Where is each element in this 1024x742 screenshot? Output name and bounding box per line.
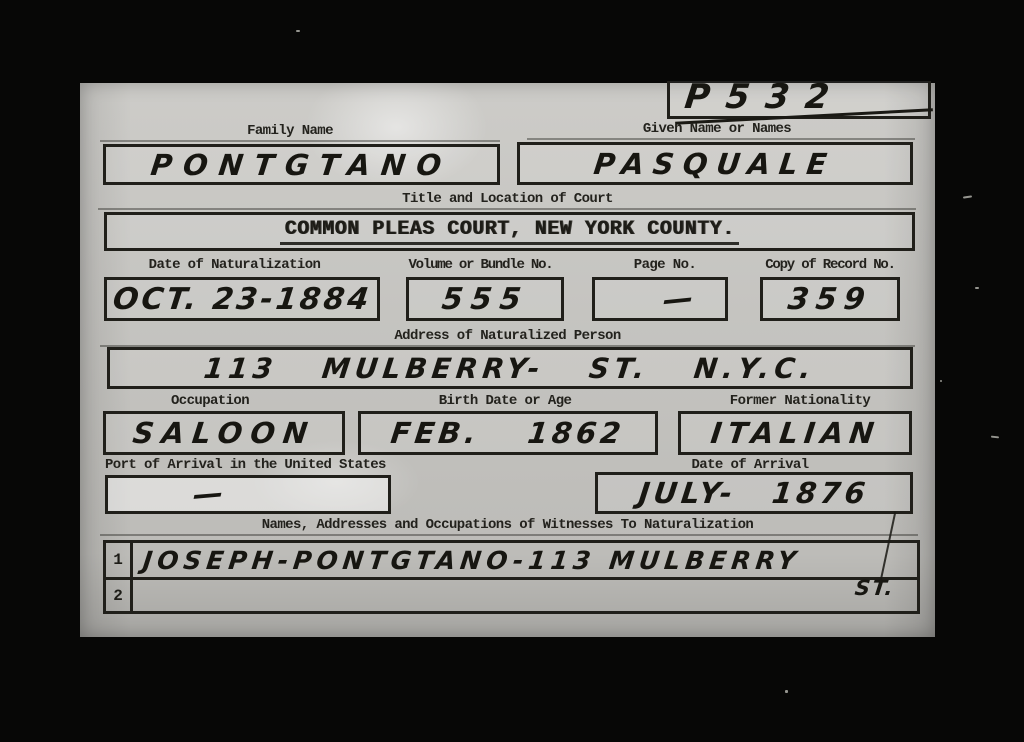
given-name-label: Given Name or Names <box>517 121 917 137</box>
former-nationality-label: Former Nationality <box>680 393 920 409</box>
volume-or-bundle-label: Volume or Bundle No. <box>388 257 573 273</box>
volume-or-bundle-value: 555 <box>440 282 531 317</box>
court-label: Title and Location of Court <box>80 191 935 207</box>
family-name-label: Family Name <box>80 123 500 139</box>
witness-row-number: 2 <box>106 580 133 611</box>
port-of-arrival-value: — <box>192 476 223 513</box>
court-value: COMMON PLEAS COURT, NEW YORK COUNTY. <box>280 218 738 245</box>
dust-speck <box>785 690 788 693</box>
date-of-naturalization-value: OCT. 23-1884 <box>111 282 374 317</box>
occupation-label: Occupation <box>110 393 310 409</box>
port-of-arrival-box: — <box>105 475 391 514</box>
witness-row: 2 <box>106 577 917 611</box>
address-box: 113 MULBERRY- ST. N.Y.C. <box>107 347 913 389</box>
port-of-arrival-label: Port of Arrival in the United States <box>105 457 525 473</box>
date-of-arrival-value: JULY- 1876 <box>637 476 871 510</box>
date-of-naturalization-label: Date of Naturalization <box>102 257 367 273</box>
birth-date-box: FEB. 1862 <box>358 411 658 455</box>
page-no-box: — <box>592 277 728 321</box>
date-of-naturalization-box: OCT. 23-1884 <box>104 277 380 321</box>
ref-number-value: P532 <box>683 77 848 117</box>
witnesses-table: 1 JOSEPH-PONTGTANO-113 MULBERRY 2 <box>103 540 920 614</box>
birth-date-value: FEB. 1862 <box>389 416 627 450</box>
scan-background: P532 Family Name Given Name or Names PON… <box>0 0 1024 742</box>
address-label: Address of Naturalized Person <box>80 328 935 344</box>
volume-or-bundle-box: 555 <box>406 277 564 321</box>
dust-speck <box>963 195 972 198</box>
occupation-box: SALOON <box>103 411 345 455</box>
witness-row-number: 1 <box>106 543 133 577</box>
label-rule <box>100 140 500 142</box>
dust-speck <box>296 30 300 32</box>
witness-row-value: JOSEPH-PONTGTANO-113 MULBERRY <box>141 546 802 575</box>
copy-of-record-box: 359 <box>760 277 900 321</box>
former-nationality-value: ITALIAN <box>709 416 882 450</box>
given-name-box: PASQUALE <box>517 142 913 185</box>
page-no-label: Page No. <box>600 257 730 273</box>
page-no-value: — <box>663 280 694 318</box>
dust-speck <box>940 380 942 382</box>
index-card: P532 Family Name Given Name or Names PON… <box>80 83 935 637</box>
witness-continuation-value: ST. <box>854 576 897 600</box>
dust-speck <box>975 287 979 289</box>
occupation-value: SALOON <box>131 416 318 450</box>
label-rule <box>100 534 918 536</box>
family-name-value: PONTGTANO <box>149 148 454 182</box>
copy-of-record-value: 359 <box>786 282 874 317</box>
copy-of-record-label: Copy of Record No. <box>740 257 920 273</box>
address-value: 113 MULBERRY- ST. N.Y.C. <box>202 352 818 385</box>
date-of-arrival-box: JULY- 1876 <box>595 472 913 514</box>
former-nationality-box: ITALIAN <box>678 411 912 455</box>
label-rule <box>527 138 915 140</box>
label-rule <box>98 208 916 210</box>
witness-row: 1 JOSEPH-PONTGTANO-113 MULBERRY <box>106 543 917 577</box>
family-name-box: PONTGTANO <box>103 144 500 185</box>
date-of-arrival-label: Date of Arrival <box>640 457 860 473</box>
witnesses-label: Names, Addresses and Occupations of Witn… <box>80 517 935 533</box>
dust-speck <box>991 436 999 439</box>
given-name-value: PASQUALE <box>592 147 838 181</box>
birth-date-label: Birth Date or Age <box>380 393 630 409</box>
court-box: COMMON PLEAS COURT, NEW YORK COUNTY. <box>104 212 915 251</box>
